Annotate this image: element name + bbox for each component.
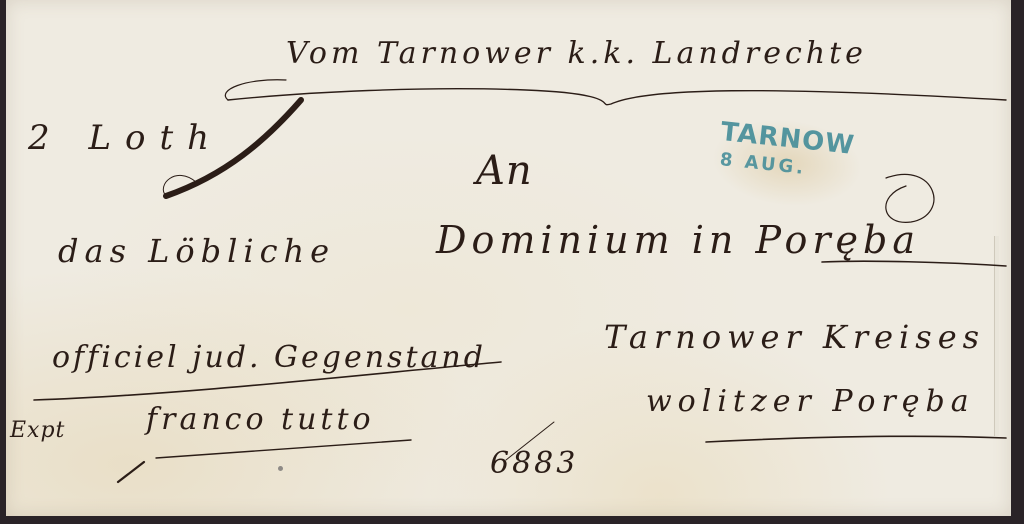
letter-sheet: Vom Tarnower k.k. Landrechte 2 Loth An d… xyxy=(6,0,1011,516)
franco-note: franco tutto xyxy=(146,402,375,437)
address-prefix: das Löbliche xyxy=(58,232,335,270)
address-line-1: Dominium in Poręba xyxy=(436,218,920,262)
weight-note: 2 Loth xyxy=(28,118,223,158)
address-line-3: wolitzer Poręba xyxy=(646,384,975,419)
expedition-mark: Expt xyxy=(10,418,65,443)
official-matter-note: officiel jud. Gegenstand xyxy=(52,340,486,375)
paper-spot xyxy=(278,466,283,471)
sender-line: Vom Tarnower k.k. Landrechte xyxy=(286,36,867,71)
address-line-2: Tarnower Kreises xyxy=(604,318,985,356)
postmark: TARNOW 8 AUG. xyxy=(708,112,866,213)
address-salutation: An xyxy=(476,148,533,194)
reference-number: 6883 xyxy=(490,446,578,481)
